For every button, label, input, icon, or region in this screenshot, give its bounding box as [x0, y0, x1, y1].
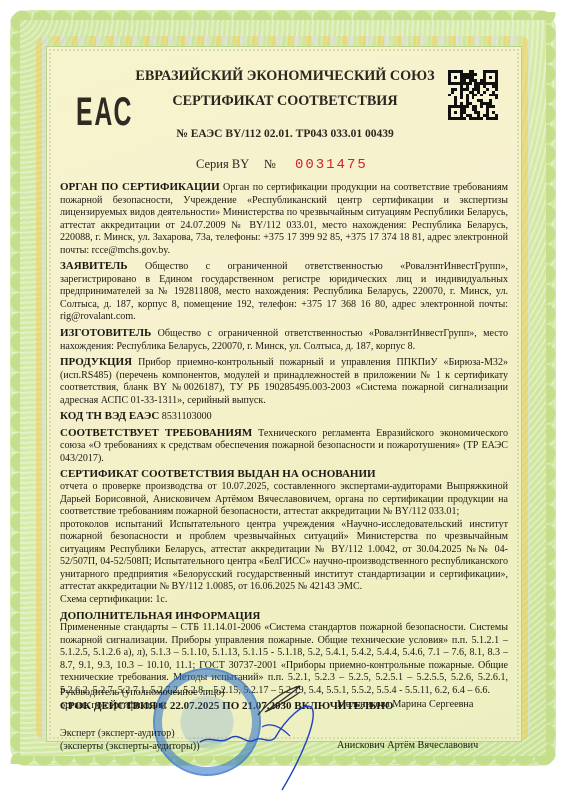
border-scallop-bottom [12, 756, 554, 770]
signatory-role: Эксперт (эксперт-аудитор) [60, 728, 508, 741]
certificate-body: ОРГАН ПО СЕРТИФИКАЦИИ Орган по сертифика… [60, 181, 508, 713]
signatory-name: Анискович Артём Вячеславович [337, 740, 478, 753]
signature-expert: Эксперт (эксперт-аудитор) (эксперты (экс… [60, 728, 508, 753]
union-title: ЕВРАЗИЙСКИЙ ЭКОНОМИЧЕСКИЙ СОЮЗ [120, 68, 450, 85]
section-applicant: ЗАЯВИТЕЛЬ Общество с ограниченной ответс… [60, 260, 508, 324]
blank-number: 0031475 [295, 157, 368, 173]
section-additional: ДОПОЛНИТЕЛЬНАЯ ИНФОРМАЦИЯ Примененные ст… [60, 610, 508, 698]
section-text: Орган по сертификации продукции на соотв… [60, 182, 508, 256]
section-title: КОД ТН ВЭД ЕАЭС [60, 410, 159, 422]
signature-head: Руководитель (уполномоченное лицо) орган… [60, 687, 508, 712]
basis-line: протоколов испытаний Испытательного цент… [60, 519, 508, 594]
document-title: СЕРТИФИКАТ СООТВЕТСТВИЯ [120, 93, 450, 110]
section-hs-code: КОД ТН ВЭД ЕАЭС 8531103000 [60, 410, 508, 424]
series-label: Серия BY [196, 157, 249, 171]
section-basis: СЕРТИФИКАТ СООТВЕТСТВИЯ ВЫДАН НА ОСНОВАН… [60, 468, 508, 606]
section-product: ПРОДУКЦИЯ Прибор приемно-контрольный пож… [60, 356, 508, 407]
section-title: ОРГАН ПО СЕРТИФИКАЦИИ [60, 181, 220, 193]
section-title: ЗАЯВИТЕЛЬ [60, 260, 128, 272]
section-title: СООТВЕТСТВУЕТ ТРЕБОВАНИЯМ [60, 427, 252, 439]
signatory-role: Руководитель (уполномоченное лицо) [60, 687, 508, 700]
section-title: СЕРТИФИКАТ СООТВЕТСТВИЯ ВЫДАН НА ОСНОВАН… [60, 468, 508, 481]
basis-line: отчета о проверке производства от 10.07.… [60, 481, 508, 519]
section-complies: СООТВЕТСТВУЕТ ТРЕБОВАНИЯМ Технического р… [60, 427, 508, 466]
border-scallop-left [6, 12, 20, 764]
basis-line: Схема сертификации: 1с. [60, 594, 508, 607]
section-text: 8531103000 [162, 411, 212, 422]
border-scallop-right [546, 12, 560, 764]
border-scallop-top [12, 6, 554, 20]
section-title: ПРОДУКЦИЯ [60, 356, 132, 368]
section-text: Общество с ограниченной ответственностью… [60, 261, 508, 322]
signatory-name: Мельникова Марина Сергеевна [337, 699, 473, 712]
official-seal-icon [153, 668, 261, 776]
series-line: Серия BY № 0031475 [196, 157, 368, 173]
section-title: ДОПОЛНИТЕЛЬНАЯ ИНФОРМАЦИЯ [60, 610, 508, 623]
section-cert-body: ОРГАН ПО СЕРТИФИКАЦИИ Орган по сертифика… [60, 181, 508, 257]
certificate-number: № ЕАЭС BY/112 02.01. ТР043 033.01 00439 [120, 128, 450, 140]
section-title: ИЗГОТОВИТЕЛЬ [60, 327, 151, 339]
number-sign: № [264, 157, 276, 171]
section-manufacturer: ИЗГОТОВИТЕЛЬ Общество с ограниченной отв… [60, 327, 508, 353]
qr-code-icon[interactable] [448, 70, 498, 120]
